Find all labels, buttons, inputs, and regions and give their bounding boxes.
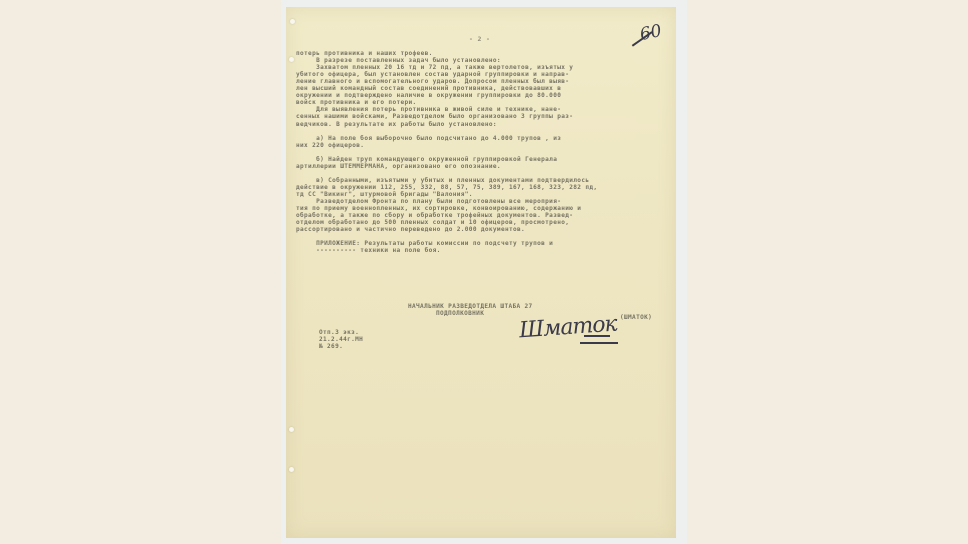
document-line: артиллерии ШТЕММЕРМАНА, организовано его… [296,163,501,170]
document-line: лен высший командный состав соединений п… [296,85,561,92]
document-line: действие в окружении 112, 255, 332, 88, … [296,184,597,191]
signature-title-1: НАЧАЛЬНИК РАЗВЕДОТДЕЛА ШТАБА 27 [408,303,533,310]
document-line: потерь противника и наших трофеев. [296,50,433,57]
document-line: а) На поле боя выборочно было подсчитано… [296,135,561,142]
punch-hole-icon [289,57,294,62]
document-line: рассортировано и частично переведено до … [296,226,525,233]
document-line: в) Собранными, изъятыми у убитых и пленн… [296,177,589,184]
document-line: В разрезе поставленных задач было устано… [296,57,501,64]
signatory-name: (ШМАТОК) [620,314,652,321]
handwritten-signature: Шматок [518,312,617,344]
document-line: них 220 офицеров. [296,142,364,149]
signature-flourish [580,342,618,344]
document-line: сенных нашими войсками, Разведотделом бы… [296,113,573,120]
document-line: тд СС "Викинг", штурмовой бригады "Валон… [296,191,473,198]
document-line: б) Найден труп командующего окруженной г… [296,156,557,163]
document-line: ---------- техники на поле боя. [296,247,441,254]
signature-title-2: ПОДПОЛКОВНИК [436,310,484,317]
document-page: - 2 - 60 потерь противника и наших трофе… [286,7,676,538]
punch-hole-icon [289,427,294,432]
document-line: отделом обработано до 500 пленных солдат… [296,219,569,226]
document-line: ведчиков. В результате их работы было ус… [296,121,497,128]
dispatch-note: № 269. [319,343,343,350]
punch-hole-icon [289,467,294,472]
document-viewer: - 2 - 60 потерь противника и наших трофе… [0,0,968,544]
signature-flourish [584,335,610,337]
dispatch-note: 21.2.44г.МН [319,336,363,343]
punch-hole-icon [290,19,295,24]
page-number: - 2 - [469,36,490,43]
folio-mark: 60 [639,21,664,45]
document-line: Разведотделом Фронта по плану были подго… [296,198,561,205]
dispatch-note: Отп.3 экз. [319,329,359,336]
